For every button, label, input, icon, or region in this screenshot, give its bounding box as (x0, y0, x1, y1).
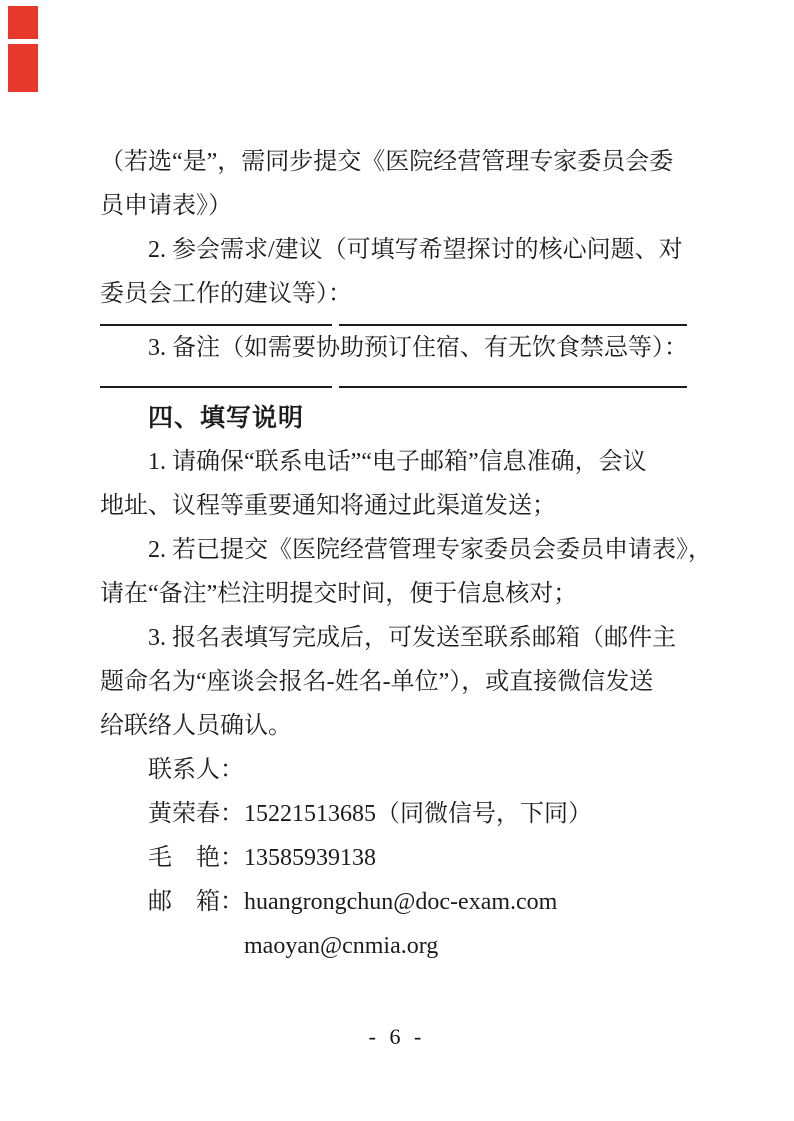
fill-blank-line-2 (100, 370, 696, 388)
contact-email-line2: maoyan@cnmia.org (100, 924, 696, 968)
document-page: （若选“是”，需同步提交《医院经营管理专家委员会委 员申请表》） 2. 参会需求… (100, 140, 696, 968)
note2-line2: 请在“备注”栏注明提交时间，便于信息核对； (100, 572, 696, 616)
contact-email-line1: 邮 箱：huangrongchun@doc-exam.com (100, 880, 696, 924)
para-note-line-2: 员申请表》） (100, 184, 696, 228)
note3-line1: 3. 报名表填写完成后，可发送至联系邮箱（邮件主 (100, 616, 696, 660)
item2-request-line1: 2. 参会需求/建议（可填写希望探讨的核心问题、对 (100, 228, 696, 272)
contact-huang-line: 黄荣春：15221513685（同微信号，下同） (100, 792, 696, 836)
section4-heading: 四、填写说明 (100, 396, 696, 440)
red-annotation-mark-top (8, 6, 38, 39)
item2-request-line2: 委员会工作的建议等）： (100, 272, 696, 316)
item3-remarks-line: 3. 备注（如需要协助预订住宿、有无饮食禁忌等）： (100, 326, 696, 370)
note3-line2: 题命名为“座谈会报名-姓名-单位”），或直接微信发送 (100, 660, 696, 704)
note2-line1: 2. 若已提交《医院经营管理专家委员会委员申请表》， (100, 528, 696, 572)
contact-mao-line: 毛 艳：13585939138 (100, 836, 696, 880)
note1-line2: 地址、议程等重要通知将通过此渠道发送； (100, 484, 696, 528)
underline-segment (339, 368, 687, 388)
page-number: - 6 - (0, 1024, 794, 1050)
underline-segment (100, 368, 332, 388)
contact-label-line: 联系人： (100, 748, 696, 792)
underline-segment (100, 314, 332, 326)
para-note-line-1: （若选“是”，需同步提交《医院经营管理专家委员会委 (100, 140, 696, 184)
note1-line1: 1. 请确保“联系电话”“电子邮箱”信息准确，会议 (100, 440, 696, 484)
underline-segment (339, 314, 687, 326)
red-annotation-mark-bottom (8, 44, 38, 92)
fill-blank-line-1 (100, 316, 696, 326)
note3-line3: 给联络人员确认。 (100, 704, 696, 748)
